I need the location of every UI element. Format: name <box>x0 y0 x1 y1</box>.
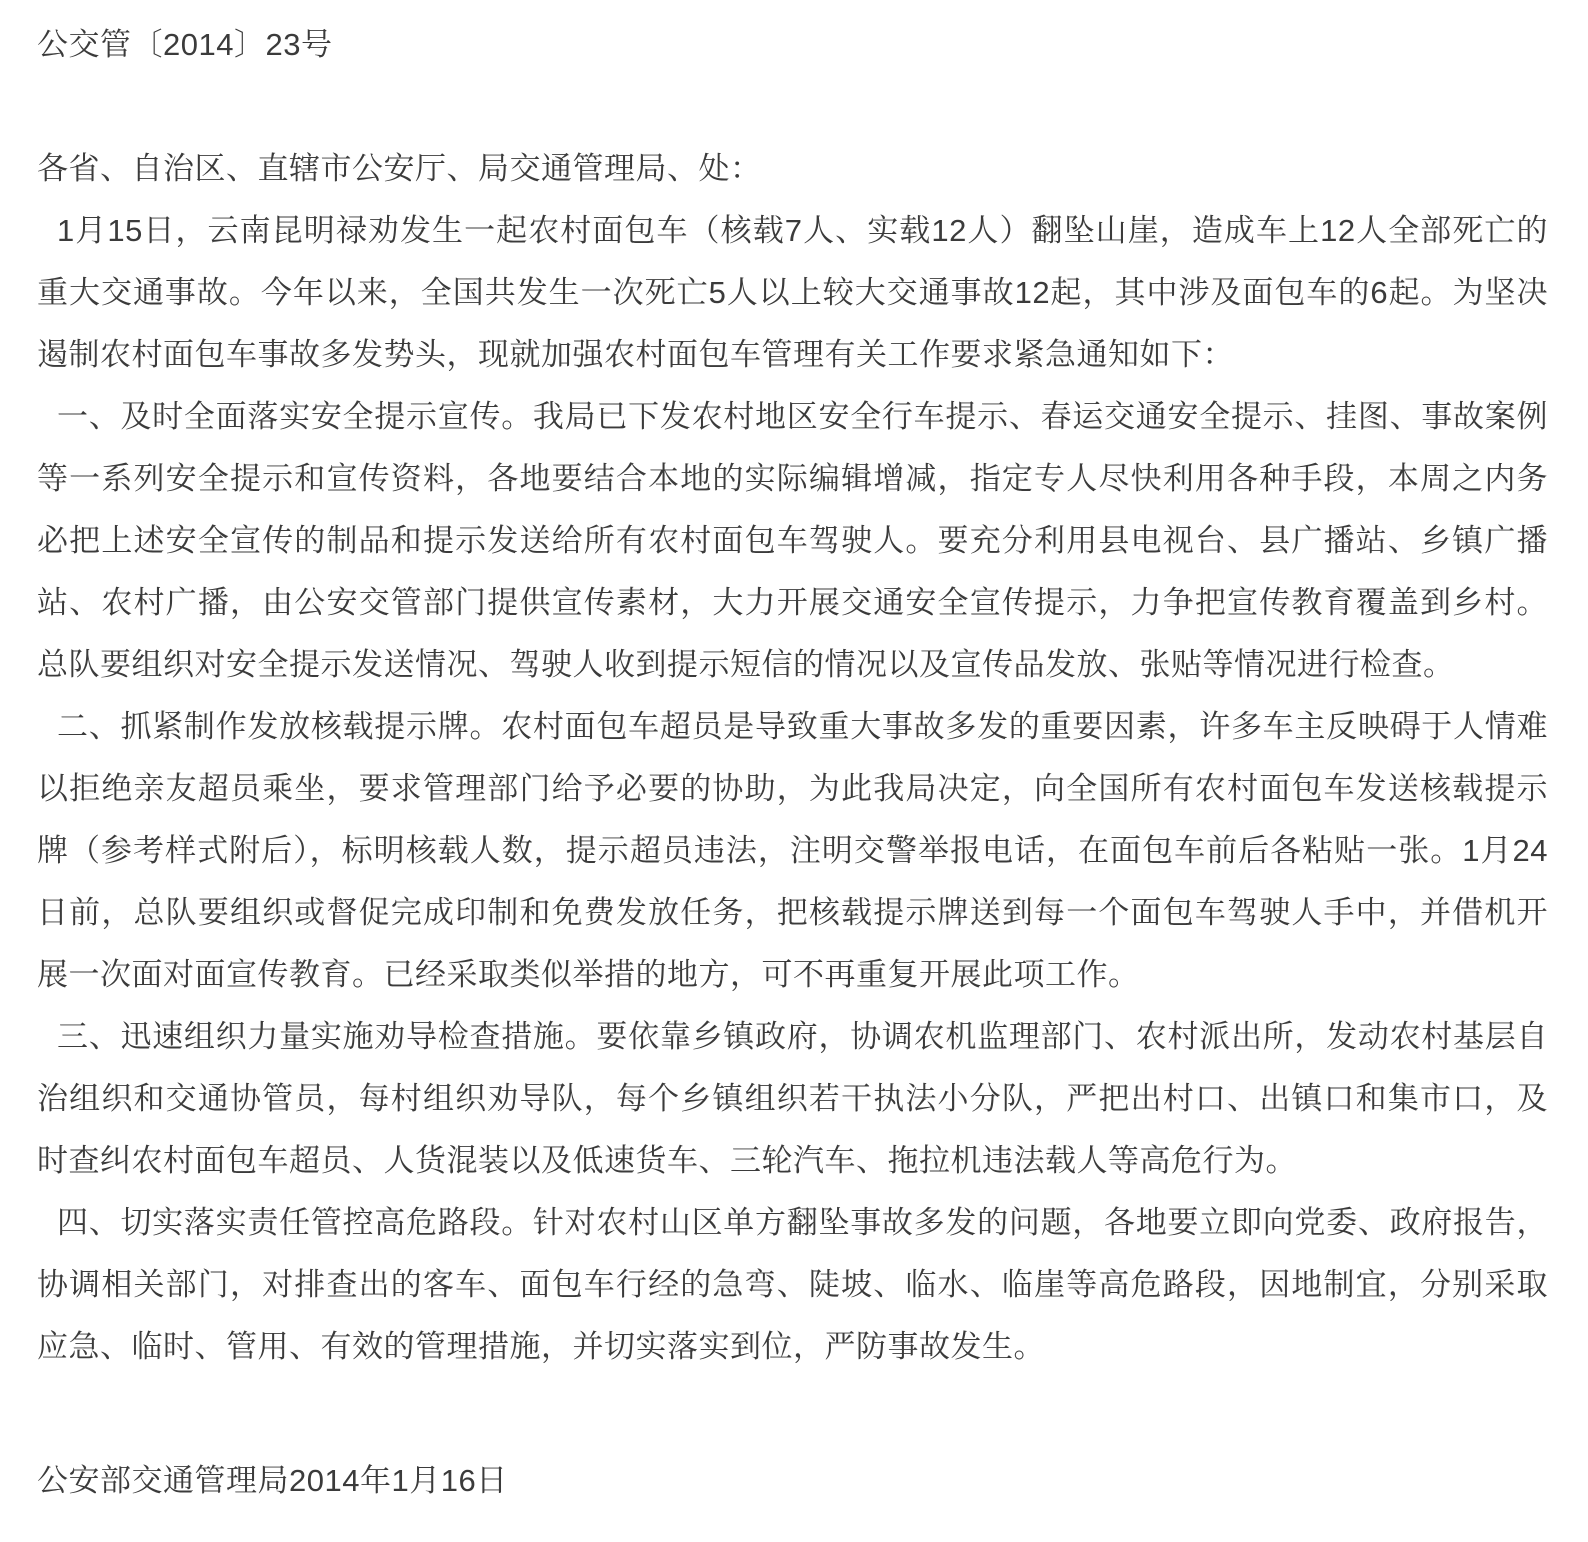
body-paragraph-section-2: 二、抓紧制作发放核载提示牌。农村面包车超员是导致重大事故多发的重要因素，许多车主… <box>37 696 1548 1006</box>
document-salutation: 各省、自治区、直辖市公安厅、局交通管理局、处： <box>37 138 1548 200</box>
document-signature: 公安部交通管理局2014年1月16日 <box>37 1450 1548 1512</box>
body-paragraph-section-1: 一、及时全面落实安全提示宣传。我局已下发农村地区安全行车提示、春运交通安全提示、… <box>37 386 1548 696</box>
body-paragraph-section-3: 三、迅速组织力量实施劝导检查措施。要依靠乡镇政府，协调农机监理部门、农村派出所，… <box>37 1006 1548 1192</box>
body-paragraph-section-4: 四、切实落实责任管控高危路段。针对农村山区单方翻坠事故多发的问题，各地要立即向党… <box>37 1192 1548 1378</box>
document-number: 公交管〔2014〕23号 <box>37 14 1548 76</box>
document-page: 公交管〔2014〕23号 各省、自治区、直辖市公安厅、局交通管理局、处： 1月1… <box>0 0 1588 1542</box>
body-paragraph-intro: 1月15日，云南昆明禄劝发生一起农村面包车（核载7人、实载12人）翻坠山崖，造成… <box>37 200 1548 386</box>
